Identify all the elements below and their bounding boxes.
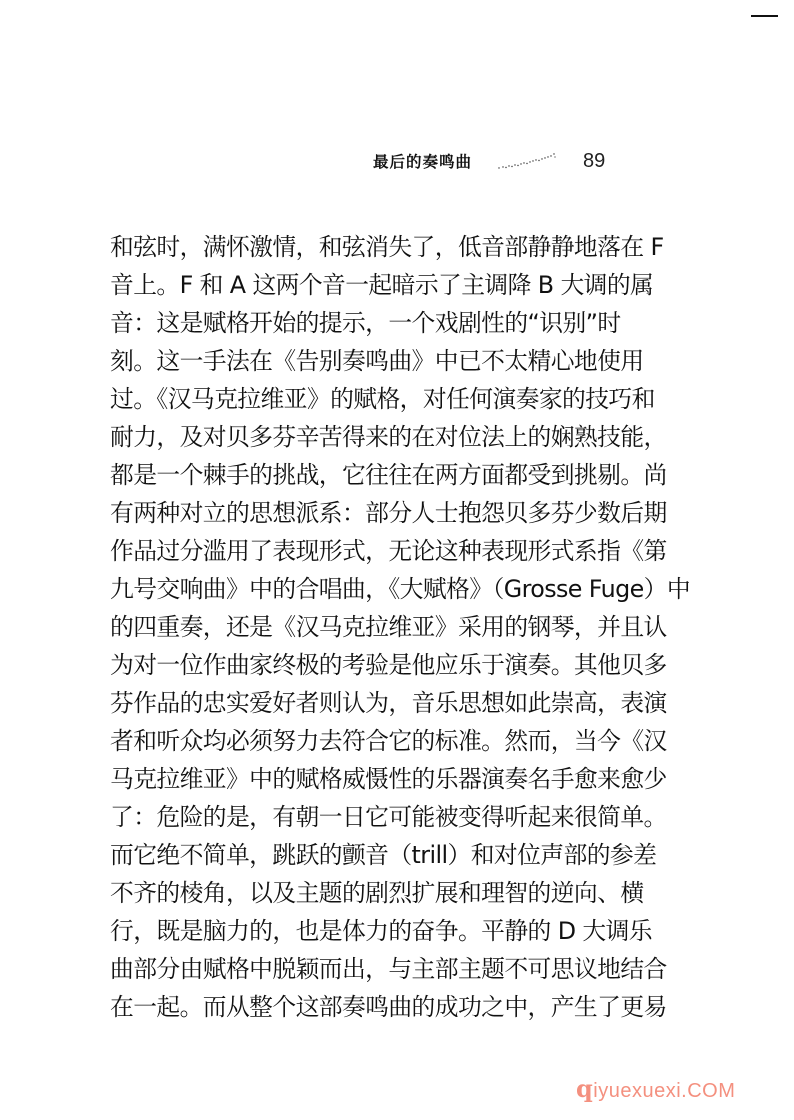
- watermark-text: iyuexuexi.COM: [593, 1080, 735, 1102]
- text-line: 的四重奏，还是《汉马克拉维亚》采用的钢琴，并且认: [110, 612, 676, 650]
- text-line: 在一起。而从整个这部奏鸣曲的成功之中，产生了更易: [110, 992, 676, 1030]
- text-line: 作品过分滥用了表现形式，无论这种表现形式系指《第: [110, 536, 676, 574]
- corner-rule: [751, 15, 778, 17]
- text-line: 马克拉维亚》中的赋格威慑性的乐器演奏名手愈来愈少: [110, 764, 676, 802]
- text-line: 者和听众均必须努力去符合它的标准。然而，当今《汉: [110, 726, 676, 764]
- text-line: 音上。F 和 A 这两个音一起暗示了主调降 B 大调的属: [110, 270, 676, 308]
- text-line: 而它绝不简单，跳跃的颤音（trill）和对位声部的参差: [110, 840, 676, 878]
- text-line: 芬作品的忠实爱好者则认为，音乐思想如此崇高，表演: [110, 688, 676, 726]
- page-number: 89: [583, 150, 605, 173]
- text-line: 曲部分由赋格中脱颖而出，与主部主题不可思议地结合: [110, 954, 676, 992]
- text-line: 了：危险的是，有朝一日它可能被变得听起来很简单。: [110, 802, 676, 840]
- text-line: 刻。这一手法在《告别奏鸣曲》中已不太精心地使用: [110, 346, 676, 384]
- running-head-title: 最后的奏鸣曲: [373, 150, 472, 172]
- text-line: 都是一个棘手的挑战，它往往在两方面都受到挑剔。尚: [110, 460, 676, 498]
- text-line: 有两种对立的思想派系：部分人士抱怨贝多芬少数后期: [110, 498, 676, 536]
- text-line: 耐力，及对贝多芬辛苦得来的在对位法上的娴熟技能，: [110, 422, 676, 460]
- watermark-logo-q: q: [576, 1074, 593, 1103]
- text-line: 为对一位作曲家终极的考验是他应乐于演奏。其他贝多: [110, 650, 676, 688]
- text-line: 音：这是赋格开始的提示，一个戏剧性的“识别”时: [110, 308, 676, 346]
- text-line: 不齐的棱角，以及主题的剧烈扩展和理智的逆向、横: [110, 878, 676, 916]
- running-head: 最后的奏鸣曲 89: [373, 148, 605, 174]
- text-line: 过。《汉马克拉维亚》的赋格，对任何演奏家的技巧和: [110, 384, 676, 422]
- text-line: 九号交响曲》中的合唱曲，《大赋格》（Grosse Fuge）中: [110, 574, 676, 612]
- watermark: qiyuexuexi.COM: [576, 1074, 735, 1103]
- text-line: 和弦时，满怀激情，和弦消失了，低音部静静地落在 F: [110, 232, 676, 270]
- dotted-flourish-icon: [497, 151, 557, 171]
- body-text: 和弦时，满怀激情，和弦消失了，低音部静静地落在 F 音上。F 和 A 这两个音一…: [110, 232, 676, 1030]
- text-line: 行，既是脑力的，也是体力的奋争。平静的 D 大调乐: [110, 916, 676, 954]
